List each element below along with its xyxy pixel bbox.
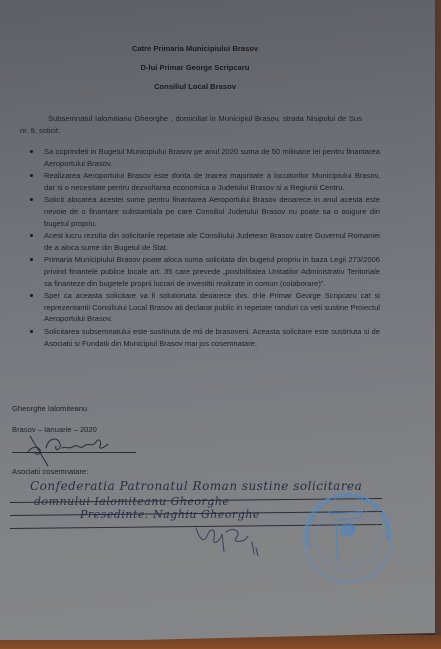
svg-text:CONFEDERATIA PATRONATUL ROMAN: CONFEDERATIA PATRONATUL ROMAN <box>304 492 392 550</box>
table-edge-right <box>435 0 441 649</box>
request-point: Solicitarea subsemnatului este sustinuta… <box>30 326 380 349</box>
handwritten-endorsement-line-3: Presedinte: Naghiu Gheorghe <box>80 509 260 521</box>
request-points-list: Sa cuprindeti in Bugetul Municipiului Br… <box>30 146 380 350</box>
request-point-text: Sper ca aceasta solicitare va fi solutio… <box>44 291 380 323</box>
request-point-text: Acest lucru rezulta din solicitarile rep… <box>44 231 380 252</box>
signature-line <box>12 452 136 453</box>
signer-name: Gheorghe Ialomiteanu <box>12 403 87 415</box>
handwritten-endorsement-line-2: domnului Ialomiteanu Gheorghe <box>34 496 229 508</box>
bullet-icon <box>30 234 33 237</box>
request-point-text: Realizarea Aeroportului Brasov este dori… <box>44 171 380 192</box>
co-signature-icon <box>190 522 270 562</box>
addressee-line-3: Consiliul Local Brasov <box>0 81 390 93</box>
request-point: Primaria Municipiului Brasov poate aloca… <box>30 254 380 289</box>
request-point-text: Solicit alocarea acestei sume pentru fin… <box>44 195 380 227</box>
addressee-line-2: D-lui Primar George Scripcaru <box>0 62 390 74</box>
letter-content: Catre Primaria Municipiului Brasov D-lui… <box>0 0 435 640</box>
request-point: Sa cuprindeti in Bugetul Municipiului Br… <box>30 146 380 169</box>
signature-icon <box>18 428 118 468</box>
request-point-text: Sa cuprindeti in Bugetul Municipiului Br… <box>44 147 380 168</box>
request-point-text: Primaria Municipiului Brasov poate aloca… <box>44 255 380 287</box>
request-point: Realizarea Aeroportului Brasov este dori… <box>30 170 380 193</box>
bullet-icon <box>30 198 33 201</box>
request-point-text: Solicitarea subsemnatului este sustinuta… <box>44 327 380 348</box>
bullet-icon <box>30 294 33 297</box>
intro-paragraph: Subsemnatul Ialomitianu Gheorghe , domic… <box>20 113 362 136</box>
request-point: Solicit alocarea acestei sume pentru fin… <box>30 194 380 229</box>
addressee-line-1: Catre Primaria Municipiului Brasov <box>0 43 390 55</box>
official-stamp-icon: CONFEDERATIA PATRONATUL ROMAN <box>298 488 398 588</box>
request-point: Acest lucru rezulta din solicitarile rep… <box>30 230 380 253</box>
bullet-icon <box>30 330 33 333</box>
associations-label: Asociatii cosemnatare: <box>12 466 88 478</box>
stamp-text: CONFEDERATIA PATRONATUL ROMAN <box>304 492 392 550</box>
bullet-icon <box>30 174 33 177</box>
request-point: Sper ca aceasta solicitare va fi solutio… <box>30 290 380 325</box>
bullet-icon <box>30 258 33 261</box>
document-photo: Catre Primaria Municipiului Brasov D-lui… <box>0 0 441 649</box>
bullet-icon <box>30 150 33 153</box>
